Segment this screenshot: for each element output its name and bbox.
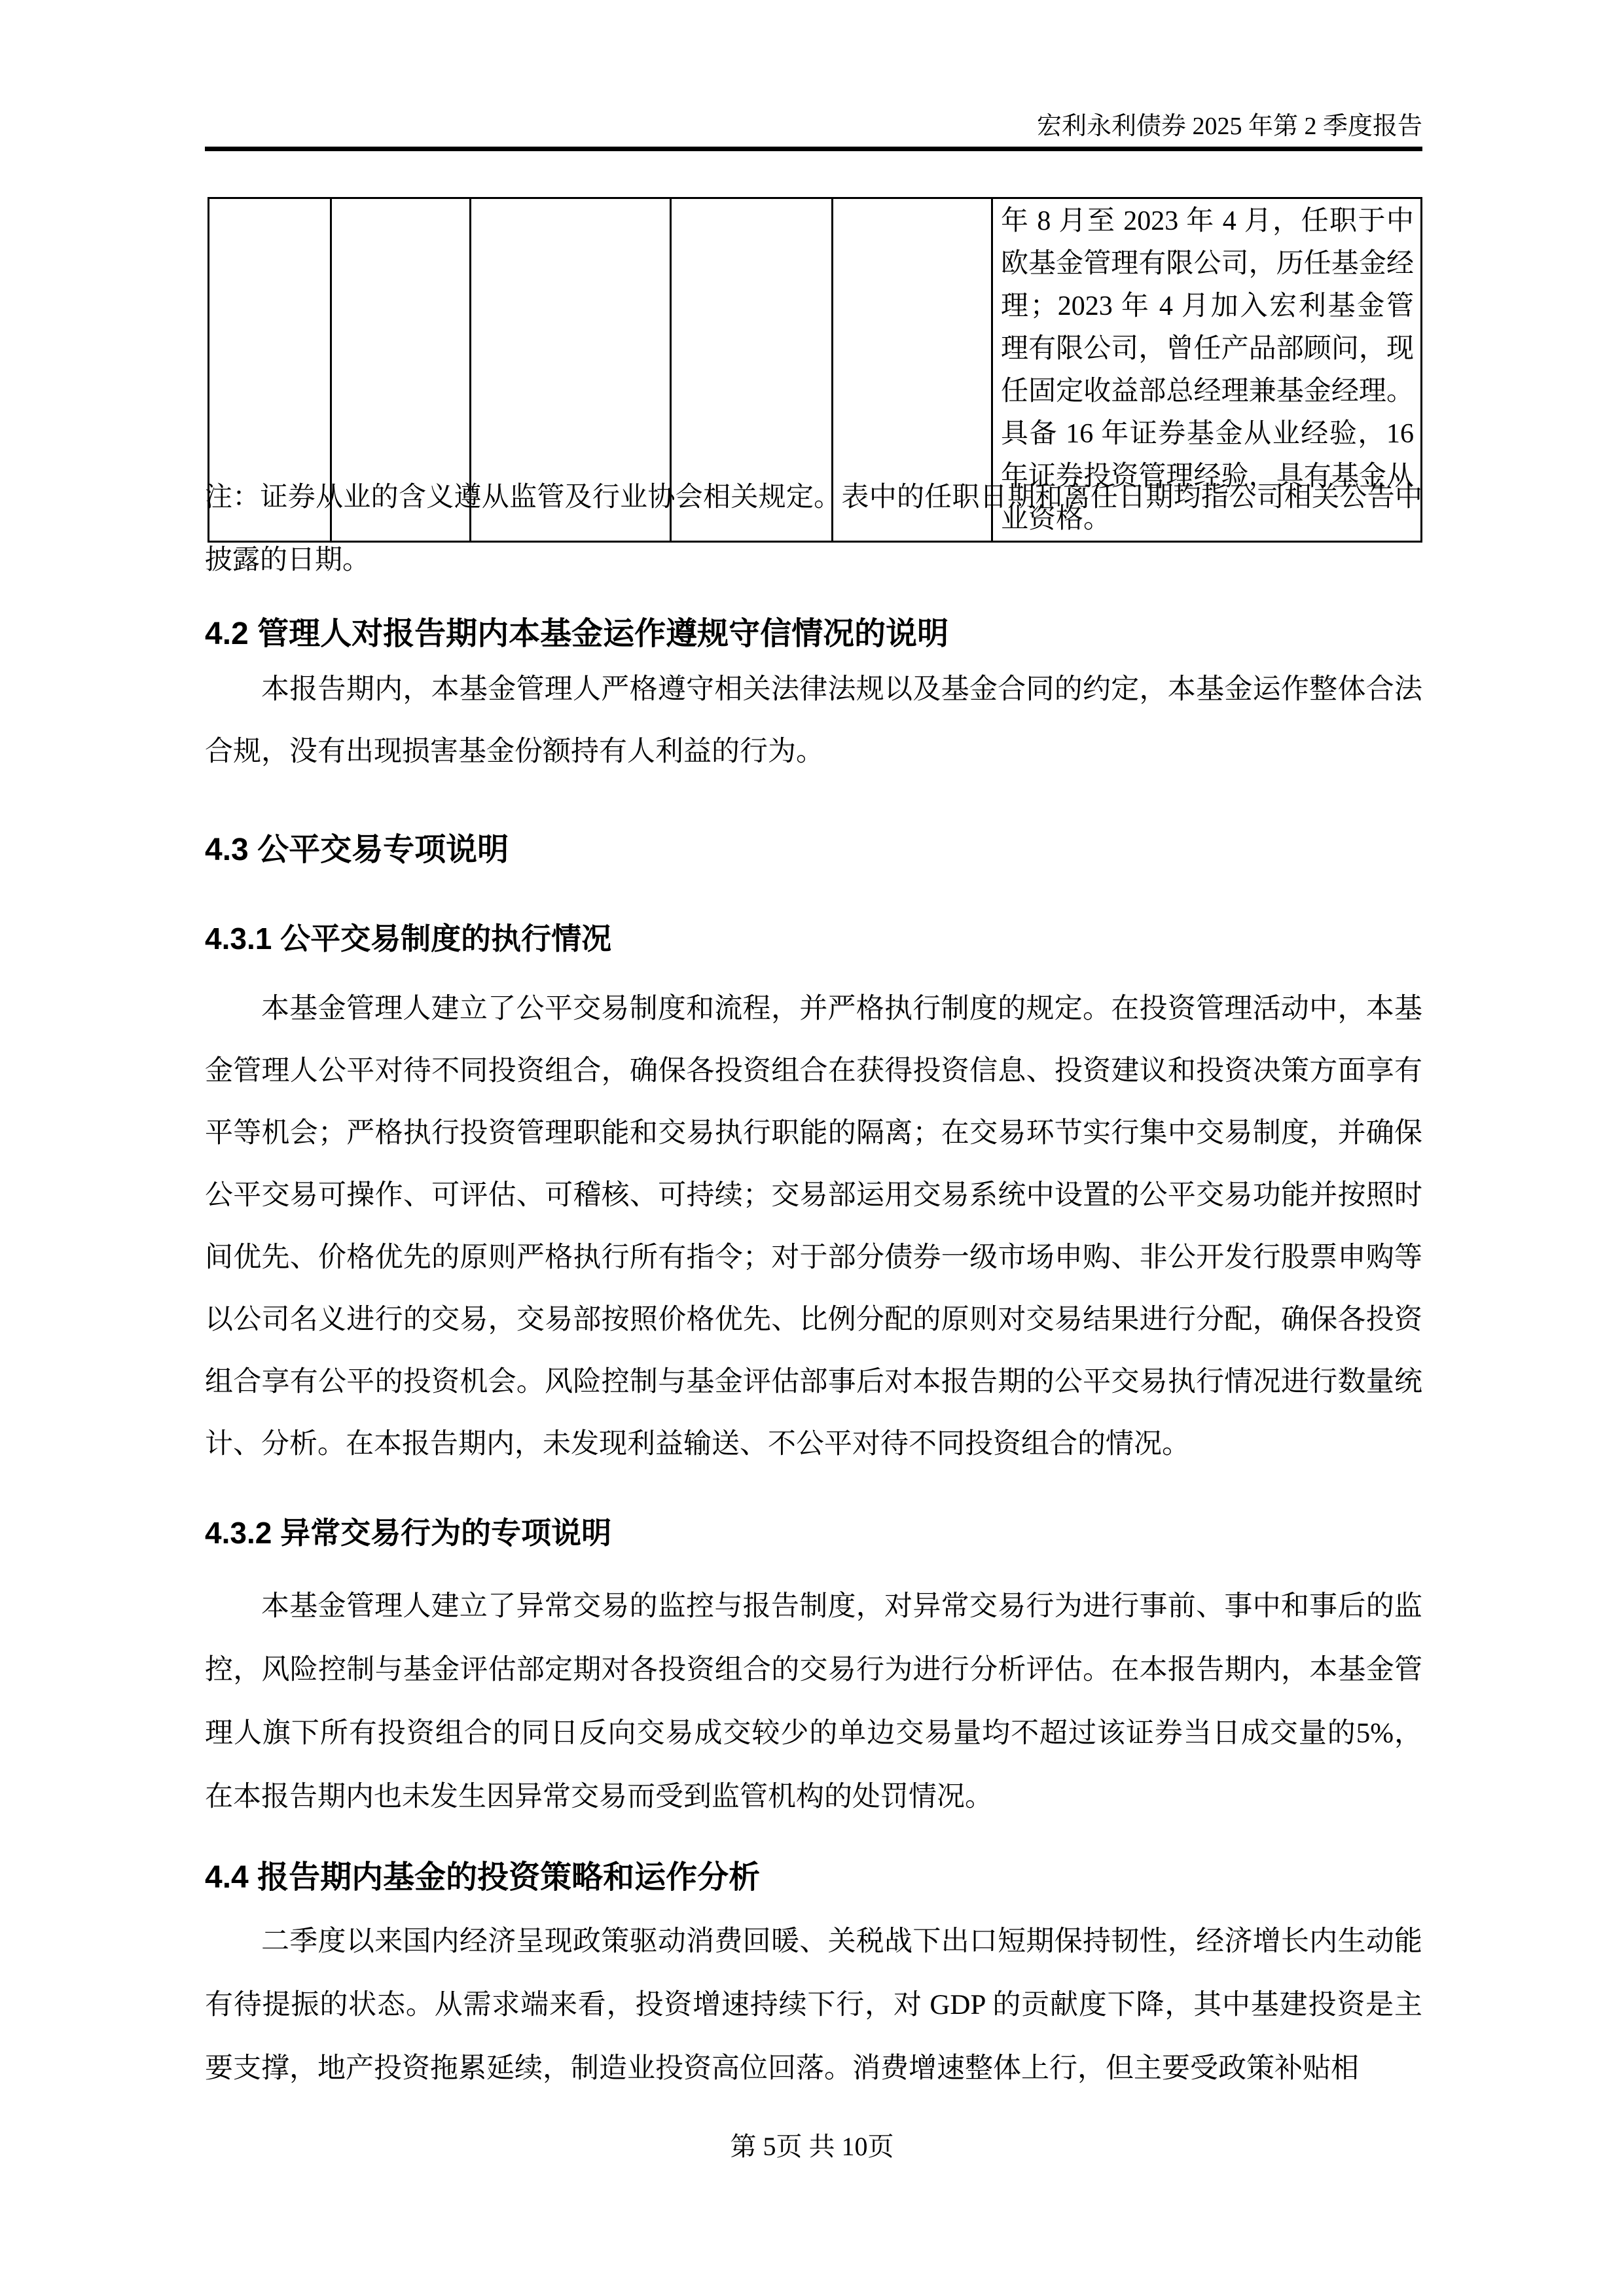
report-page: 宏利永利债券 2025 年第 2 季度报告 年 8 月至 2023 年 4 月，… [0, 0, 1624, 2296]
section-4-3-2-body: 本基金管理人建立了异常交易的监控与报告制度，对异常交易行为进行事前、事中和事后的… [205, 1575, 1422, 1829]
page-header-title: 宏利永利债券 2025 年第 2 季度报告 [1037, 110, 1422, 143]
section-4-2-heading: 4.2 管理人对报告期内本基金运作遵规守信情况的说明 [205, 614, 1449, 655]
section-4-4-body: 二季度以来国内经济呈现政策驱动消费回暖、关税战下出口短期保持韧性，经济增长内生动… [205, 1910, 1422, 2100]
table-note: 注：证券从业的含义遵从监管及行业协会相关规定。表中的任职日期和离任日期均指公司相… [205, 466, 1422, 592]
page-number: 第 5页 共 10页 [0, 2128, 1624, 2165]
section-4-3-1-body: 本基金管理人建立了公平交易制度和流程，并严格执行制度的规定。在投资管理活动中，本… [205, 978, 1422, 1475]
section-4-4-heading: 4.4 报告期内基金的投资策略和运作分析 [205, 1857, 1449, 1898]
section-4-3-1-heading: 4.3.1 公平交易制度的执行情况 [205, 919, 1449, 958]
section-4-3-heading: 4.3 公平交易专项说明 [205, 830, 1449, 870]
section-4-3-2-heading: 4.3.2 异常交易行为的专项说明 [205, 1513, 1449, 1552]
header-divider [205, 147, 1422, 151]
section-4-2-body: 本报告期内，本基金管理人严格遵守相关法律法规以及基金合同的约定，本基金运作整体合… [205, 658, 1422, 783]
